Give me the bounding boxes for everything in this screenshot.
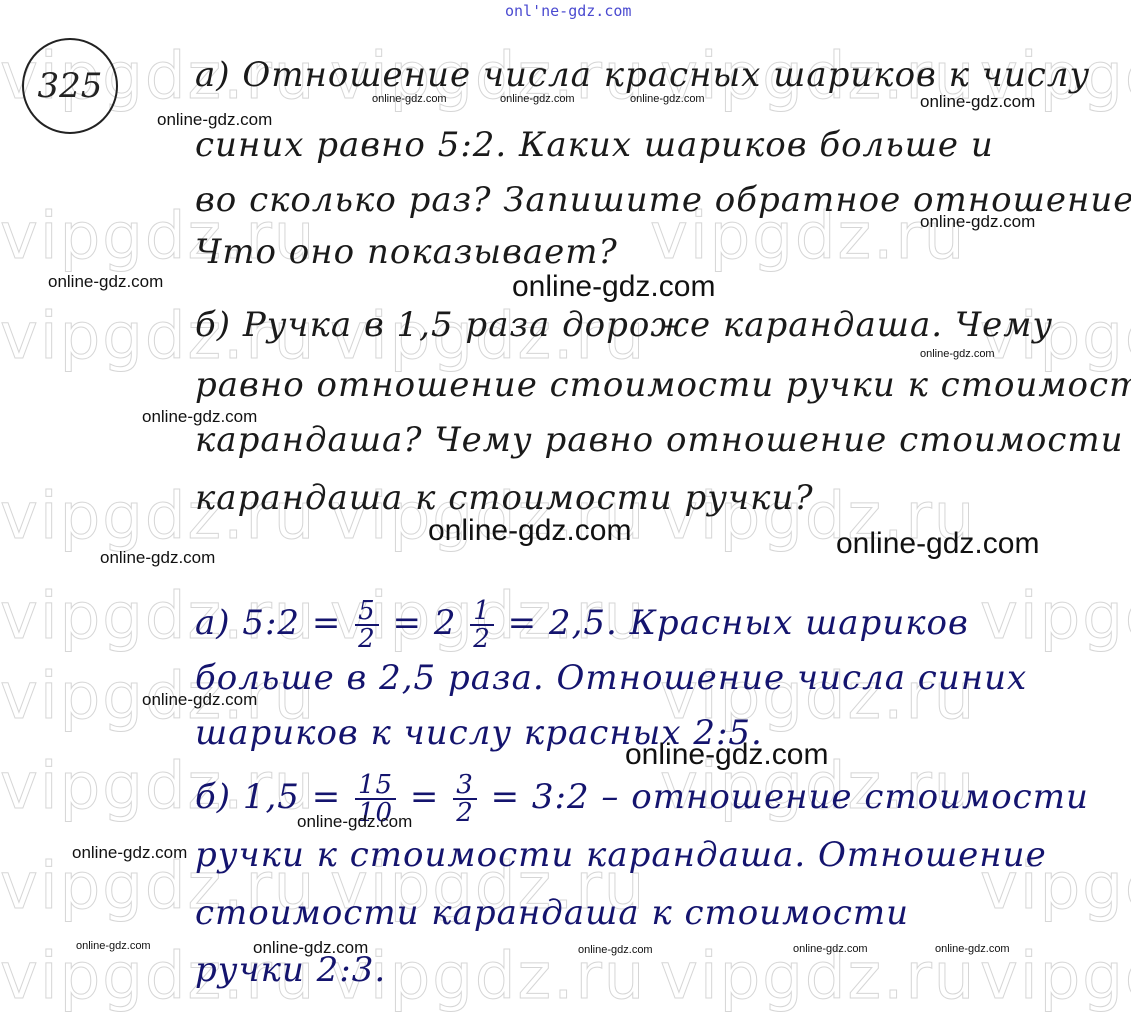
answer-a-equation: а) 5:2 = 5 2 = 2 1 2 = 2,5. Красных шари… xyxy=(195,598,969,652)
question-line: а) Отношение числа красных шариков к чис… xyxy=(195,55,1090,95)
answer-b-mid: = xyxy=(410,777,440,817)
watermark-text: online-gdz.com xyxy=(72,843,187,863)
answer-a-result: = 2,5. Красных шариков xyxy=(508,603,969,643)
question-line: равно отношение стоимости ручки к стоимо… xyxy=(195,365,1131,405)
watermark-text: online-gdz.com xyxy=(920,348,995,360)
watermark-text: online-gdz.com xyxy=(630,93,705,105)
watermark-text: online-gdz.com xyxy=(142,407,257,427)
answer-a-mid: = 2 xyxy=(393,603,457,643)
watermark-text: online-gdz.com xyxy=(428,514,631,548)
watermark-text: online-gdz.com xyxy=(372,93,447,105)
watermark-text: online-gdz.com xyxy=(920,212,1035,232)
question-line: синих равно 5:2. Каких шариков больше и xyxy=(195,125,994,165)
watermark-text: online-gdz.com xyxy=(297,812,412,832)
answer-b-prefix: б) 1,5 = xyxy=(195,777,341,817)
fraction: 3 2 xyxy=(453,772,477,826)
watermark-text: online-gdz.com xyxy=(100,548,215,568)
watermark-text: online-gdz.com xyxy=(500,93,575,105)
watermark-text: online-gdz.com xyxy=(578,944,653,956)
homework-page: vipgdz.ru vipgdz.ru vipgdz.ru vipgdz.ru … xyxy=(0,0,1131,1015)
answer-line: стоимости карандаша к стоимости xyxy=(195,893,909,933)
watermark-text: online-gdz.com xyxy=(836,527,1039,561)
fraction: 5 2 xyxy=(355,598,379,652)
question-line: Что оно показывает? xyxy=(195,232,618,272)
watermark-pattern: vipgdz.ru xyxy=(980,580,1131,654)
watermark-text: online-gdz.com xyxy=(142,690,257,710)
answer-line: ручки к стоимости карандаша. Отношение xyxy=(195,835,1047,875)
watermark-text: online-gdz.com xyxy=(920,92,1035,112)
task-number: 325 xyxy=(22,38,118,134)
fraction: 1 2 xyxy=(470,598,494,652)
watermark-text: online-gdz.com xyxy=(76,940,151,952)
watermark-text: online-gdz.com xyxy=(935,943,1010,955)
question-line: б) Ручка в 1,5 раза дороже карандаша. Че… xyxy=(195,305,1053,345)
answer-a-prefix: а) 5:2 = xyxy=(195,603,341,643)
answer-b-result: = 3:2 – отношение стоимости xyxy=(491,777,1089,817)
watermark-text: online-gdz.com xyxy=(793,943,868,955)
watermark-text: online-gdz.com xyxy=(253,938,368,958)
watermark-text: online-gdz.com xyxy=(157,110,272,130)
watermark-text: online-gdz.com xyxy=(625,738,828,772)
watermark-text: online-gdz.com xyxy=(48,272,163,292)
watermark-text: online-gdz.com xyxy=(512,270,715,304)
watermark-text: onl'ne-gdz.com xyxy=(505,2,631,20)
question-line: карандаша к стоимости ручки? xyxy=(195,478,814,518)
answer-line: больше в 2,5 раза. Отношение числа синих xyxy=(195,658,1027,698)
question-line: карандаша? Чему равно отношение стоимост… xyxy=(195,420,1124,460)
